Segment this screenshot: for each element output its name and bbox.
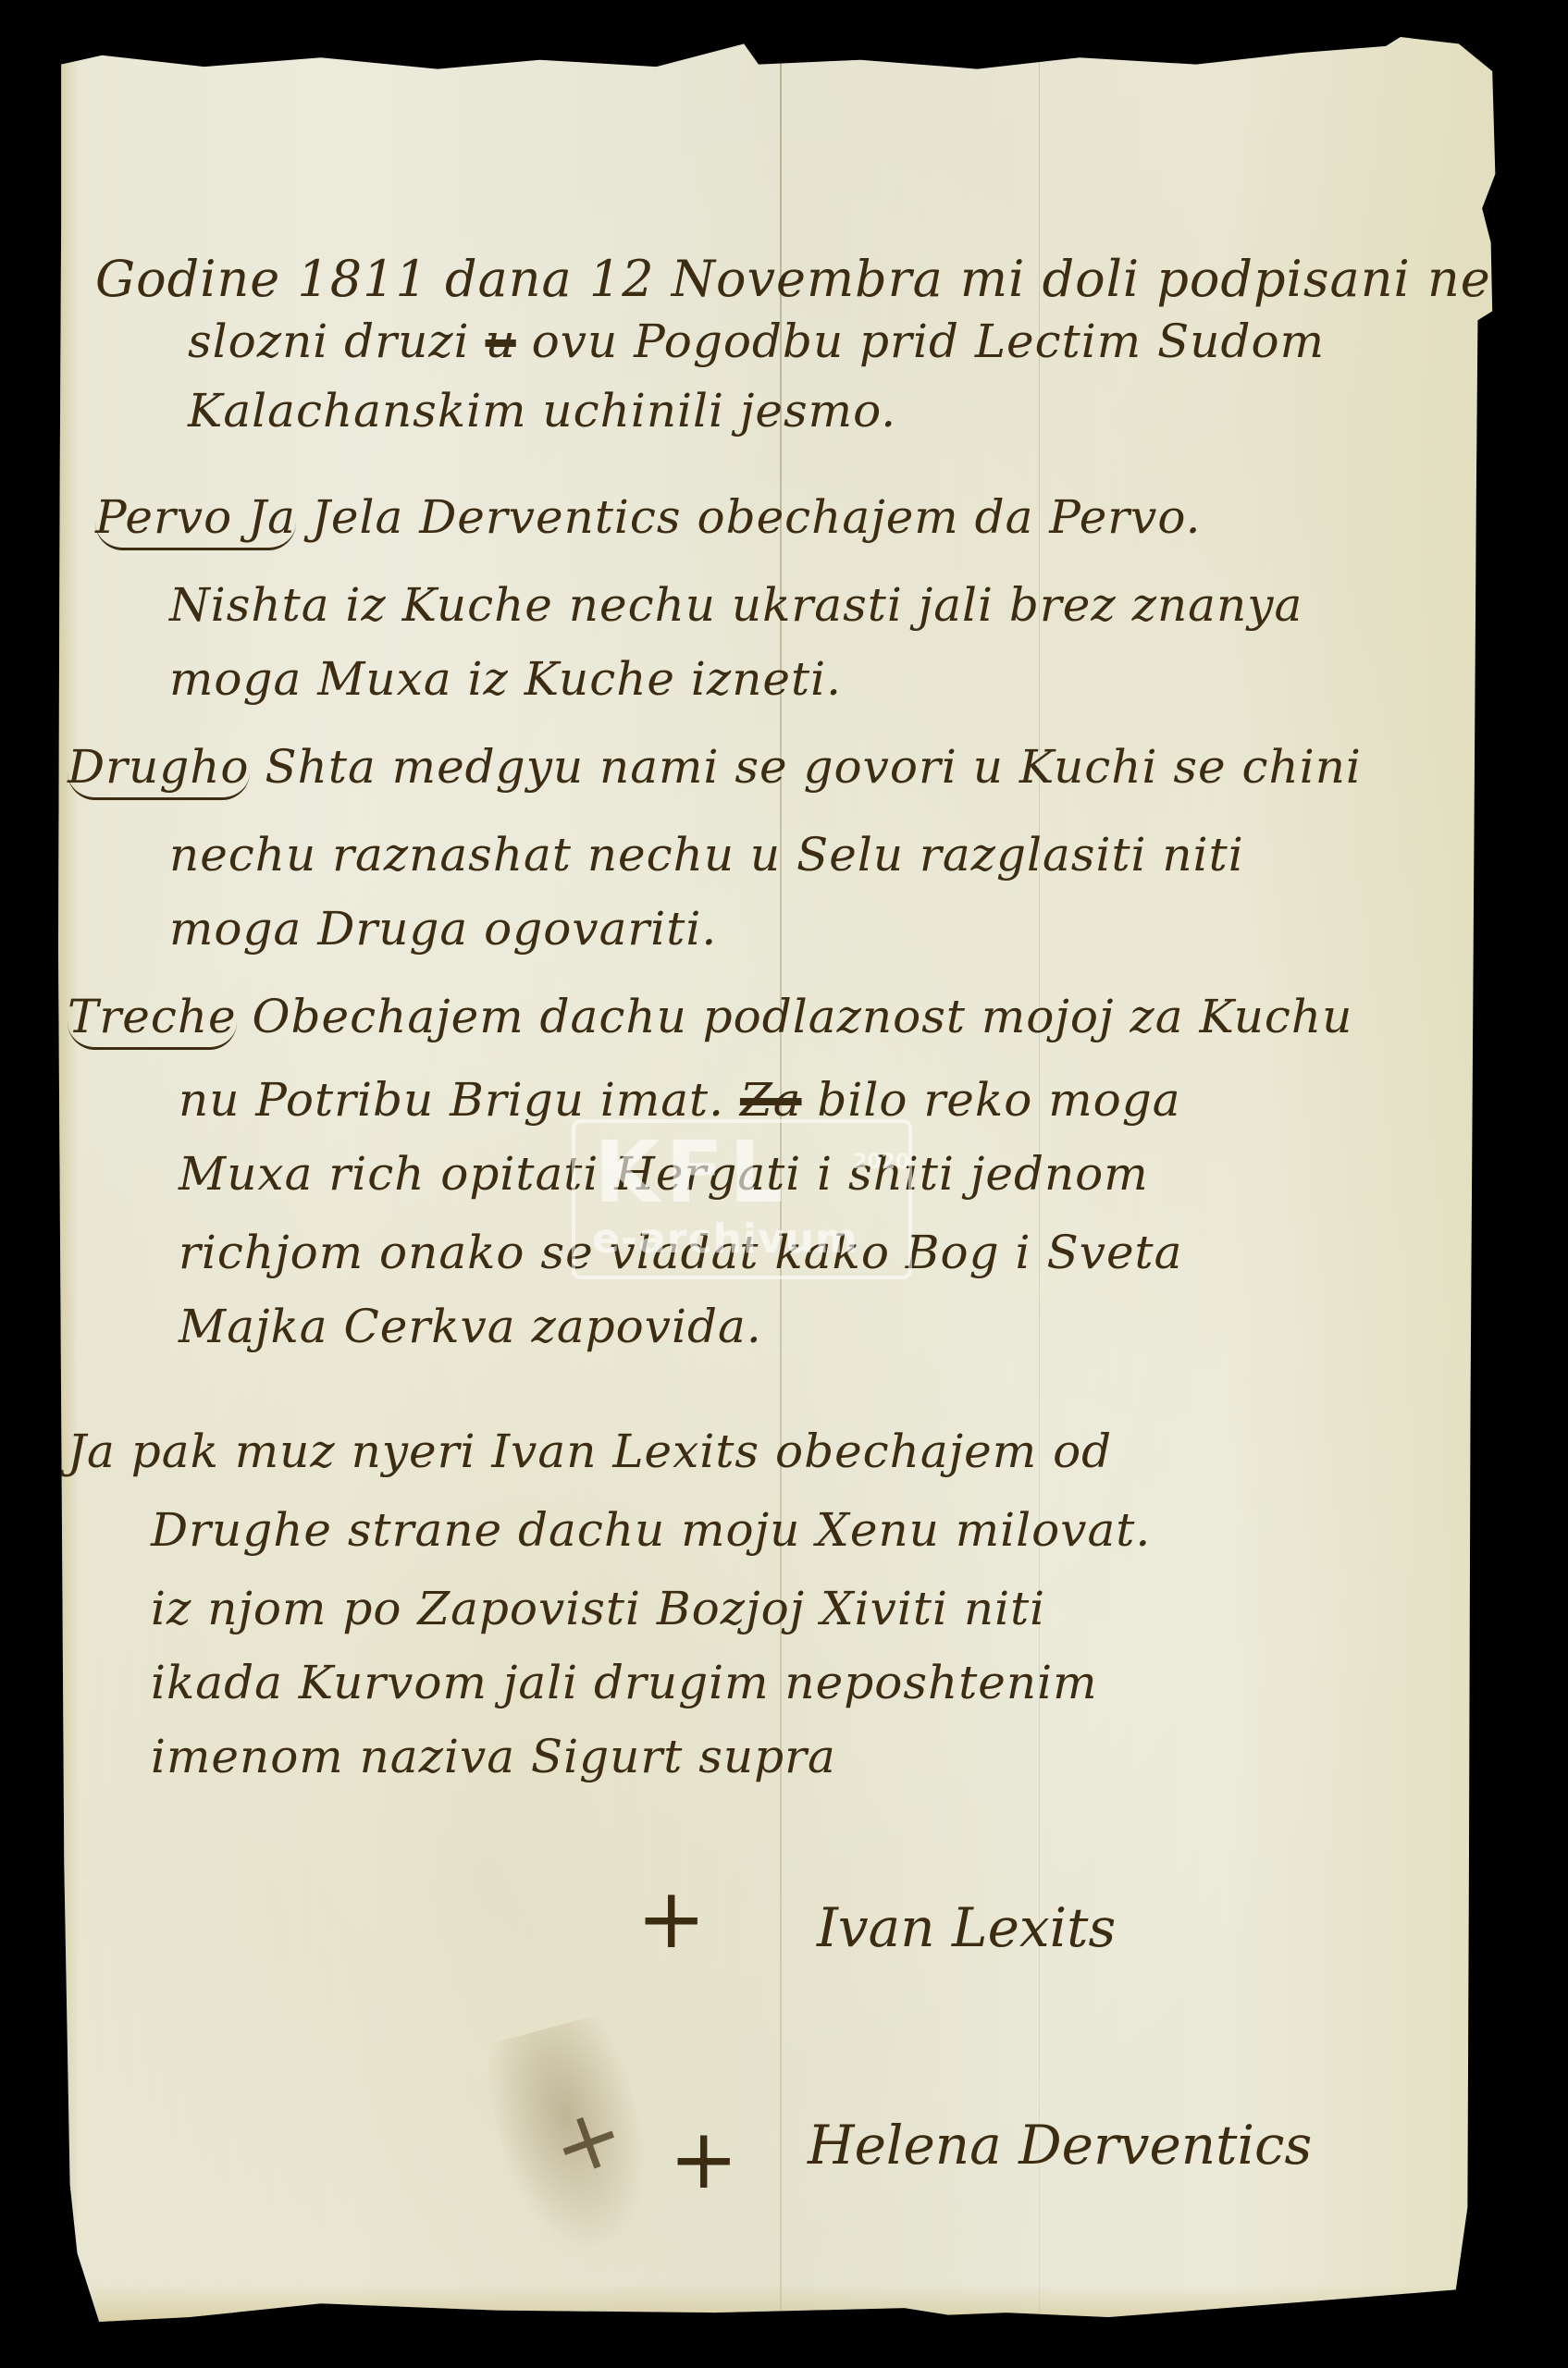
text-line-16: Drughe strane dachu moju Xenu milovat. bbox=[151, 1503, 1151, 1557]
text-line-1: Godine 1811 dana 12 Novembra mi doli pod… bbox=[95, 250, 1491, 308]
kfl-e-archivum-watermark: KFL 2020 e-archivum bbox=[572, 1119, 912, 1279]
text-line-drugho: Drugho Shta medgyu nami se govori u Kuch… bbox=[68, 740, 1362, 794]
signature-ivan-lexits: Ivan Lexits bbox=[817, 1896, 1116, 1959]
section-heading-drugho: Drugho bbox=[68, 740, 250, 800]
text-line-19: imenom naziva Sigurt supra bbox=[151, 1730, 836, 1783]
text-line-2a: slozni druzi u ovu Pogodbu prid Lectim S… bbox=[188, 314, 1325, 368]
text-line-18: ikada Kurvom jali drugim neposhtenim bbox=[151, 1656, 1097, 1709]
text-line-5: Nishta iz Kuche nechu ukrasti jali brez … bbox=[169, 578, 1303, 632]
signature-helena-derventics: Helena Derventics bbox=[808, 2114, 1312, 2177]
signature-cross-mark: + bbox=[636, 1878, 706, 1961]
text-line-treche: Treche Obechajem dachu podlaznost mojoj … bbox=[68, 990, 1352, 1043]
text-fragment: Jela Derventics obechajem da Pervo. bbox=[312, 490, 1202, 544]
text-line-17: iz njom po Zapovisti Bozjoj Xiviti niti bbox=[151, 1582, 1045, 1635]
watermark-logo-text: KFL bbox=[594, 1130, 789, 1215]
text-line-14: Majka Cerkva zapovida. bbox=[179, 1300, 762, 1353]
text-fragment: ovu Pogodbu prid Lectim Sudom bbox=[532, 314, 1325, 368]
text-line-3: Kalachanskim uchinili jesmo. bbox=[188, 384, 896, 438]
text-line-6: moga Muxa iz Kuche izneti. bbox=[169, 652, 842, 706]
text-line-9: moga Druga ogovariti. bbox=[169, 902, 717, 956]
text-line-pervo: Pervo Ja Jela Derventics obechajem da Pe… bbox=[95, 490, 1202, 544]
text-line-15: Ja pak muz nyeri Ivan Lexits obechajem o… bbox=[68, 1424, 1112, 1478]
section-heading-pervo: Pervo Ja bbox=[95, 490, 296, 550]
text-fragment: Shta medgyu nami se govori u Kuchi se ch… bbox=[265, 740, 1361, 794]
text-line-8: nechu raznashat nechu u Selu razglasiti … bbox=[169, 828, 1244, 882]
paper-edge-shade bbox=[58, 37, 79, 2322]
manuscript-page: Godine 1811 dana 12 Novembra mi doli pod… bbox=[58, 37, 1517, 2322]
watermark-subtitle: e-archivum bbox=[592, 1215, 858, 1263]
text-fragment: Obechajem dachu podlaznost mojoj za Kuch… bbox=[253, 990, 1353, 1043]
watermark-year: 2020 bbox=[853, 1151, 909, 1174]
text-fragment: slozni druzi bbox=[188, 314, 470, 368]
signature-cross-mark: + bbox=[669, 2118, 738, 2201]
struck-word: u bbox=[486, 314, 516, 368]
section-heading-treche: Treche bbox=[68, 990, 237, 1050]
paper-edge-shade-bottom bbox=[58, 2285, 1517, 2322]
